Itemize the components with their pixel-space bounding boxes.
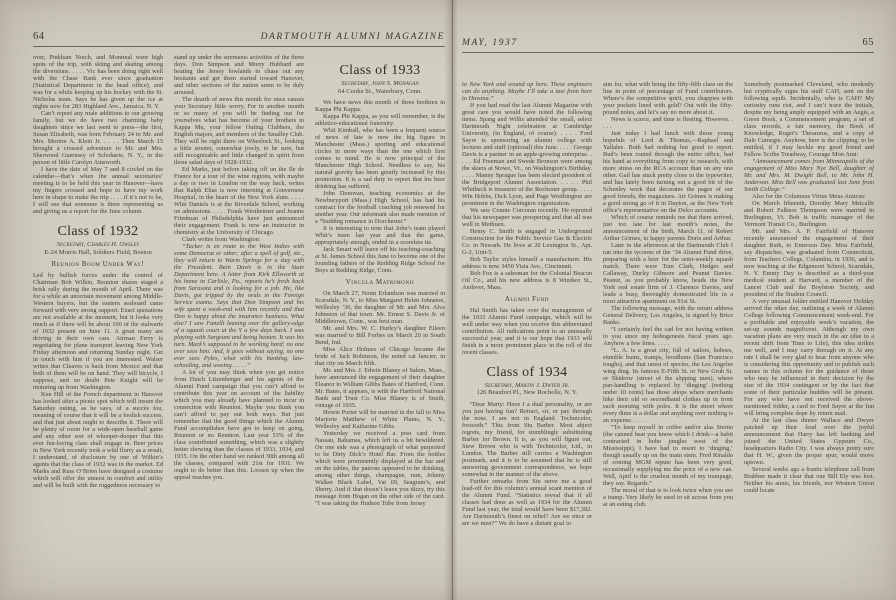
paragraph: “Dear Marty: Have I a dual personality, …: [462, 401, 592, 478]
paragraph: Miss Alice Holmes of Chicago became the …: [315, 346, 445, 367]
header-rule-right: [462, 52, 874, 53]
section-subhead: Alumni Fund: [462, 296, 592, 304]
page-65-inner: MAY, 1937 65 to New York and wound up he…: [462, 37, 874, 571]
paragraph-continued: Somebody postmarked Cleveland, who modes…: [744, 81, 874, 158]
paragraph: It is interesting to note that John’s te…: [315, 225, 445, 246]
text-column: over, Pinkham Notch, and Montreal were h…: [33, 54, 163, 594]
page-64: 64 DARTMOUTH ALUMNI MAGAZINE over, Pinkh…: [0, 0, 450, 600]
secretary-address: 64 Cooke St., Waterbury, Conn.: [315, 88, 445, 96]
text-column: to New York and wound up here. These eng…: [462, 81, 592, 571]
paragraph: Howie Porter will be married in the fall…: [315, 409, 445, 430]
paragraph: On March fifteenth, Dorothy Mary Metcalf…: [744, 200, 874, 228]
paragraph: Mr. and Mrs. W. C. Hurley’s daughter Eil…: [315, 325, 445, 346]
running-title-left: DARTMOUTH ALUMNI MAGAZINE: [261, 31, 445, 43]
page-65: MAY, 1937 65 to New York and wound up he…: [452, 0, 896, 600]
paragraph: We saw Connie Corcoran recently. He repo…: [462, 207, 592, 228]
paragraph: On March 27, Norm Erlandson was married …: [315, 290, 445, 325]
paragraph: The moral of that is to look twice when …: [603, 487, 733, 508]
paragraph: Hal Smith has taken over the management …: [462, 307, 592, 356]
paragraph: Just today I had lunch with those young …: [603, 130, 733, 214]
paragraph: Which of course reminds me that there ar…: [603, 214, 733, 242]
letter-paragraph-continued: to New York and wound up here. These eng…: [462, 81, 592, 102]
paragraph-continued: stand up under the strenuous activities …: [174, 54, 304, 96]
magazine-spread: 64 DARTMOUTH ALUMNI MAGAZINE over, Pinkh…: [0, 0, 896, 600]
letter-paragraph: “Tucker is en route to the West Indies w…: [174, 243, 304, 369]
paragraph: Later in the afternoon at the Dartmouth …: [603, 242, 733, 305]
class-heading: Class of 1932: [33, 224, 163, 239]
secretary-line: Secretary, Martin J. Dwyer Jr.: [462, 382, 592, 390]
paragraph: News is scarce, and time is fleeting. Ho…: [603, 116, 733, 130]
paragraph: “To keep myself in coffee and/or alas St…: [603, 424, 733, 487]
paragraph: John Donovan, teaching economics at the …: [315, 190, 445, 225]
secretary-line: Secretary, Charles H. Owsley: [33, 241, 163, 249]
page-64-columns: over, Pinkham Notch, and Montreal were h…: [33, 54, 445, 594]
paragraph: “L. A. is a great city, full of sailors,…: [603, 347, 733, 424]
paragraph: “I certainly feel the cad for not having…: [603, 326, 733, 347]
page-65-header: MAY, 1937 65: [462, 37, 874, 49]
text-column: Somebody postmarked Cleveland, who modes…: [744, 81, 874, 571]
secretary-line: Secretary, John S. Monagan: [315, 80, 445, 88]
paragraph: Yesterday we received a post card from N…: [315, 430, 445, 507]
header-rule-left: [33, 46, 445, 47]
paragraph: We have news this month of three brethre…: [315, 99, 445, 113]
class-heading: Class of 1934: [462, 365, 592, 380]
page-64-inner: 64 DARTMOUTH ALUMNI MAGAZINE over, Pinkh…: [33, 31, 445, 594]
paragraph: Several weeks ago a frantic telephone ca…: [744, 466, 874, 494]
page-number-left: 64: [33, 31, 45, 43]
paragraph-continued: Led by bullish forces under the control …: [33, 272, 163, 391]
page-65-columns: to New York and wound up here. These eng…: [462, 81, 874, 571]
secretary-address: E-24 Morris Hall, Soldiers Field, Boston: [33, 249, 163, 257]
paragraph: Bob Taylor styles himself a manufacturer…: [462, 256, 592, 270]
paragraph: Henry C. Smith is engaged in Underground…: [462, 228, 592, 256]
paragraph: Ken Hill of the French department in Han…: [33, 391, 163, 489]
letter-paragraph: “Announcement comes from Minneapolis of …: [744, 158, 874, 193]
paragraph: Mr. and Mrs. A. P. Fairfield of Hanover …: [744, 228, 874, 298]
paragraph: Can’t report any male additions to our g…: [33, 110, 163, 166]
text-column: Class of 1933Secretary, John S. Monagan6…: [315, 54, 445, 594]
secretary-address: 126 Beaufort Pl., New Rochelle, N. Y.: [462, 389, 592, 397]
paragraph: Bob Fox is a salesman for the Colonial B…: [462, 270, 592, 291]
paragraph: At the last class dinner Wallace and Dwy…: [744, 417, 874, 466]
paragraph: Also for the Columnus Virtus Meus Amicus…: [744, 193, 874, 200]
paragraph: Mr. and Mrs. J. Edwin Blaney of Salem, M…: [315, 367, 445, 409]
paragraph: If you had read the last Alumni Magazine…: [462, 102, 592, 207]
paragraph-continued: aim for, what with being the fifty-fifth…: [603, 81, 733, 116]
section-subhead: Reunion Boom Under Way!: [33, 261, 163, 269]
running-title-right: MAY, 1937: [462, 37, 518, 49]
paragraph: The following message, with the return a…: [603, 305, 733, 326]
section-subhead: Vincula Matrimonii: [315, 279, 445, 287]
paragraph-continued: over, Pinkham Notch, and Montreal were h…: [33, 54, 163, 110]
text-column: stand up under the strenuous activities …: [174, 54, 304, 594]
paragraph: Kappa Phi Kappa, as you will remember, i…: [315, 113, 445, 127]
paragraph: I have the date of May 7 and 8 circled o…: [33, 166, 163, 215]
class-heading: Class of 1933: [315, 63, 445, 78]
paragraph: A very unusual folder entitled Hanover H…: [744, 298, 874, 417]
text-column: aim for, what with being the fifty-fifth…: [603, 81, 733, 571]
paragraph: A lot of you may think when you get noti…: [174, 369, 304, 481]
paragraph: The dearth of news this month for once c…: [174, 96, 304, 166]
paragraph: Whit Kimball, who has been a frequent so…: [315, 127, 445, 190]
paragraph: Clark writes from Washington:: [174, 236, 304, 243]
page-64-header: 64 DARTMOUTH ALUMNI MAGAZINE: [33, 31, 445, 43]
page-number-right: 65: [863, 37, 875, 49]
paragraph: Further remarks from Stu serve me a good…: [462, 478, 592, 527]
paragraph: Jack Smart will leave off his teaching-c…: [315, 246, 445, 274]
paragraph: Ed Marks, just before taking off on the …: [174, 166, 304, 236]
